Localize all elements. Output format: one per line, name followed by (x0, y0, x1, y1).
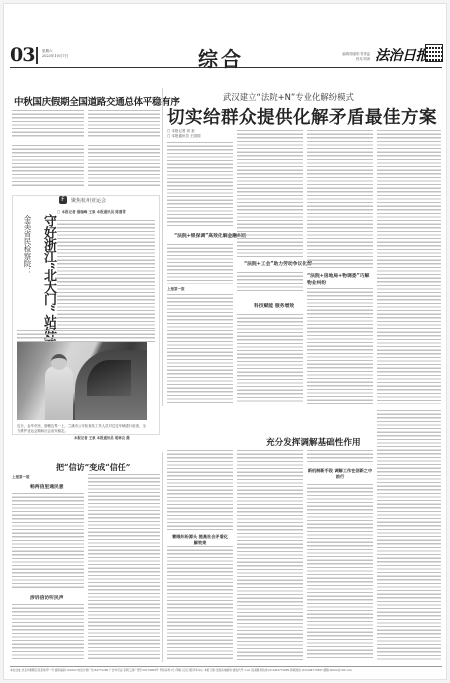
page-number: 03 (10, 44, 34, 66)
newspaper-logo: 法治日报 (375, 45, 429, 65)
main-body-col3a (307, 130, 373, 270)
main-body-col4 (377, 130, 441, 404)
main-byline: □ 本报记者 刘 奎 □ 本报通讯员 王园园 (167, 129, 201, 139)
feature-banner-title: 聚焦杭州亚运会 (71, 197, 106, 204)
bottom-mid-col1b (167, 546, 233, 660)
bottom-left-headline: 把“信访”变成“信任” (56, 462, 130, 473)
column-rule (162, 88, 163, 406)
photo-caption: 近日，金华市民、浙赣边界一上，兰溪市公安检查站工作人员对过往车辆进行检查，全力维… (17, 424, 147, 434)
bottom-left-subhead-1: 畅两信里通民意 (30, 483, 64, 490)
main-body-col2c (237, 314, 303, 404)
main-body-col1c (167, 294, 233, 404)
bottom-mid-headline: 充分发挥调解基础性作用 (266, 436, 361, 448)
car-window-image (87, 360, 131, 396)
bottom-mid-col4 (377, 410, 441, 660)
bottom-mid-subhead-1: 着眼纠纷源头 提高社会矛盾化解效果 (170, 534, 230, 546)
footer-info: 本社社址:北京市朝阳区花家地甲一号 邮政编码:100102 电话分类广告:847… (10, 668, 442, 672)
bottom-left-col1b (12, 604, 84, 660)
masthead: 03 星期六 2023年10月7日 综合 编辑/蔡丽阳 符青溢 校对/刘涛 法治… (10, 44, 442, 68)
feature-byline: □ 本报记者 琚瑞峰 王泉 本报通讯员 陈慕青 (57, 210, 126, 215)
bottom-mid-col1a (167, 450, 233, 530)
feature-side-caption: 金美省民检察院： (23, 215, 33, 275)
main-subhead-1: “法院+银保调”高效化解金融纠纷 (174, 232, 247, 239)
column-rule-2 (162, 452, 163, 662)
main-headline: 切实给群众提供化解矛盾最佳方案 (167, 104, 437, 129)
continuation-label: 上接第一版 (167, 287, 185, 292)
page-number-divider (36, 47, 38, 64)
bottom-mid-col3a (307, 450, 373, 464)
feature-body-wide (17, 330, 155, 342)
photo-credit: 本报记者 王泉 本报通讯员 胡林良 摄 (74, 436, 130, 441)
top-left-body-col1 (12, 110, 84, 138)
bottom-mid-col2 (237, 450, 303, 660)
main-body-col3b (307, 288, 373, 404)
editors-credit: 编辑/蔡丽阳 符青溢 校对/刘涛 (334, 52, 370, 62)
bottom-left-col1a (12, 493, 84, 589)
section-title: 综合 (198, 43, 244, 72)
main-body-col1b (167, 244, 233, 284)
top-left-body-col1b (12, 145, 84, 187)
main-body-col2b (237, 272, 303, 292)
officer-image (45, 366, 73, 420)
top-left-body-col2 (88, 110, 160, 138)
main-subhead-2: 科技赋能 服务增效 (254, 302, 294, 309)
top-left-body-col2b (88, 145, 160, 187)
footer-rule (10, 666, 442, 667)
officer-head-image (51, 354, 67, 370)
bottom-left-subhead-2: 涉诉信访听民声 (30, 594, 64, 601)
main-subheadline: 武汉建立“法院+N”专业化解纷模式 (223, 91, 354, 103)
newspaper-page: 03 星期六 2023年10月7日 综合 编辑/蔡丽阳 符青溢 校对/刘涛 法治… (3, 3, 447, 680)
top-left-headline: 中秋国庆假期全国道路交通总体平稳有序 (14, 94, 180, 108)
feature-photo (17, 342, 147, 420)
feature-body (57, 220, 155, 330)
bottom-left-col2 (88, 474, 160, 660)
issue-date: 星期六 2023年10月7日 (42, 49, 68, 59)
main-body-col2a (237, 130, 303, 258)
main-body-col1a (167, 142, 233, 228)
bottom-mid-subhead-2: 新机制新手段 调解工作在创新之中前行 (307, 468, 373, 480)
bottom-mid-col3b (307, 484, 373, 660)
feature-banner-icon: F (59, 196, 67, 204)
bottom-left-byline: 上接第一版 (12, 475, 30, 480)
main-subhead-4: “法院+工会”助力劳动争议化解 (244, 260, 312, 267)
qr-code-icon (425, 44, 443, 62)
main-subhead-3: “法院+房地局+物调委”巧解物业纠纷 (307, 272, 373, 286)
